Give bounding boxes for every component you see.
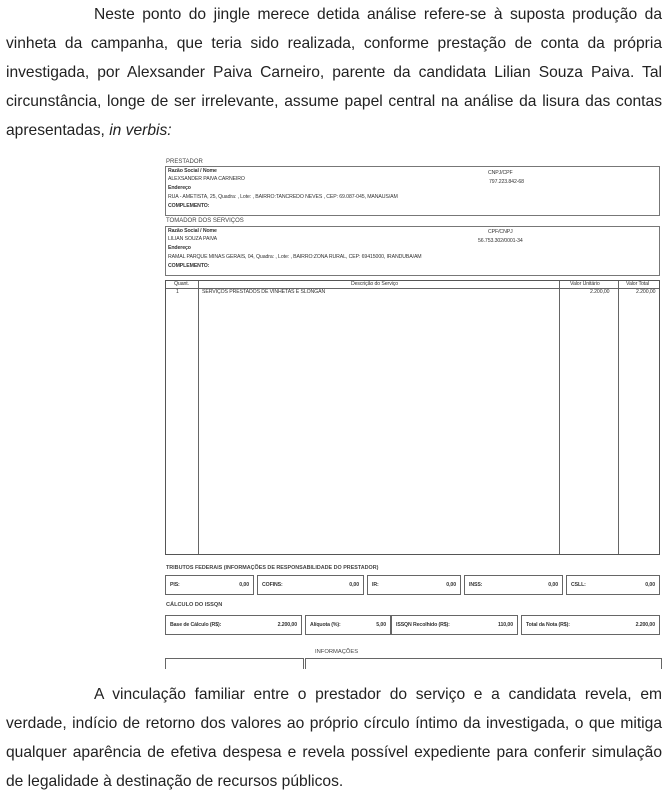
prestador-name: ALEXSANDER PAIVA CARNEIRO: [168, 176, 245, 182]
services-table: Quant. Descrição do Serviço Valor Unitár…: [165, 280, 660, 555]
issqn-rate-label: Alíquota (%):: [310, 622, 341, 628]
issqn-base: Base de Cálculo (R$): 2.200,00: [165, 615, 302, 635]
col-header-qty: Quant.: [174, 281, 189, 287]
col-header-unit-value: Valor Unitário: [570, 281, 600, 287]
paragraph-conclusion-text: A vinculação familiar entre o prestador …: [6, 686, 662, 790]
col-header-total-value: Valor Total: [626, 281, 649, 287]
issqn-base-value: 2.200,00: [278, 622, 297, 628]
prestador-box: Razão Social / Nome ALEXSANDER PAIVA CAR…: [165, 166, 660, 216]
info-section-title: INFORMAÇÕES: [315, 649, 358, 655]
tomador-name-label: Razão Social / Nome: [168, 228, 217, 234]
paragraph-intro-text: Neste ponto do jingle merece detida anál…: [6, 6, 662, 139]
row-unit-value: 2.200,00: [590, 289, 609, 295]
issqn-total: Total da Nota (R$): 2.200,00: [521, 615, 660, 635]
tomador-complement-label: COMPLEMENTO:: [168, 263, 209, 269]
prestador-doc-value: 797.223.842-68: [489, 179, 524, 185]
tax-cofins: COFINS: 0,00: [257, 575, 364, 595]
paragraph-conclusion: A vinculação familiar entre o prestador …: [6, 680, 662, 796]
tomador-section-title: TOMADOR DOS SERVIÇOS: [166, 218, 244, 224]
tax-csll: CSLL: 0,00: [566, 575, 660, 595]
tax-ir-label: IR:: [372, 582, 379, 588]
tax-inss-value: 0,00: [548, 582, 558, 588]
issqn-title: CÁLCULO DO ISSQN: [166, 602, 222, 608]
info-box-left: [165, 658, 304, 669]
tax-csll-value: 0,00: [645, 582, 655, 588]
tomador-address-label: Endereço: [168, 245, 191, 251]
tax-ir: IR: 0,00: [367, 575, 461, 595]
tax-cofins-value: 0,00: [349, 582, 359, 588]
prestador-doc-label: CNPJ/CPF: [488, 170, 513, 176]
issqn-rate: Alíquota (%): 5,00: [305, 615, 391, 635]
prestador-complement-label: COMPLEMENTO:: [168, 203, 209, 209]
tax-ir-value: 0,00: [446, 582, 456, 588]
tomador-doc-value: 56.753.302/0001-34: [478, 238, 523, 244]
issqn-total-value: 2.200,00: [636, 622, 655, 628]
tax-cofins-label: COFINS:: [262, 582, 283, 588]
info-box-right: [305, 658, 662, 669]
invoice-image: PRESTADOR Razão Social / Nome ALEXSANDER…: [160, 155, 660, 667]
federal-taxes-title: TRIBUTOS FEDERAIS (INFORMAÇÕES DE RESPON…: [166, 565, 378, 571]
prestador-name-label: Razão Social / Nome: [168, 168, 217, 174]
row-total-value: 2.200,00: [636, 289, 655, 295]
prestador-address: RUA - AMETISTA, 25, Quadra: , Lote: , BA…: [168, 194, 398, 200]
tomador-address: RAMAL PARQUE MINAS GERAIS, 04, Quadra: ,…: [168, 254, 422, 260]
tomador-doc-label: CPF/CNPJ: [488, 229, 513, 235]
prestador-address-label: Endereço: [168, 185, 191, 191]
paragraph-intro: Neste ponto do jingle merece detida anál…: [6, 0, 662, 145]
col-header-description: Descrição do Serviço: [351, 281, 398, 287]
tax-inss-label: INSS:: [469, 582, 482, 588]
tax-csll-label: CSLL:: [571, 582, 586, 588]
tomador-name: LILIAN SOUZA PAIVA: [168, 236, 217, 242]
tax-inss: INSS: 0,00: [464, 575, 563, 595]
issqn-collected: ISSQN Recolhido (R$): 110,00: [391, 615, 518, 635]
issqn-collected-value: 110,00: [498, 622, 513, 628]
prestador-section-title: PRESTADOR: [166, 159, 203, 165]
issqn-rate-value: 5,00: [376, 622, 386, 628]
issqn-collected-label: ISSQN Recolhido (R$):: [396, 622, 450, 628]
tax-pis-label: PIS:: [170, 582, 180, 588]
tax-pis-value: 0,00: [239, 582, 249, 588]
tax-pis: PIS: 0,00: [165, 575, 254, 595]
row-description: SERVIÇOS PRESTADOS DE VINHETAS E SLONGAN: [202, 289, 325, 295]
paragraph-intro-italic: in verbis:: [109, 122, 171, 139]
row-qty: 1: [176, 289, 179, 295]
issqn-total-label: Total da Nota (R$):: [526, 622, 570, 628]
issqn-base-label: Base de Cálculo (R$):: [170, 622, 221, 628]
tomador-box: Razão Social / Nome LILIAN SOUZA PAIVA E…: [165, 226, 660, 276]
